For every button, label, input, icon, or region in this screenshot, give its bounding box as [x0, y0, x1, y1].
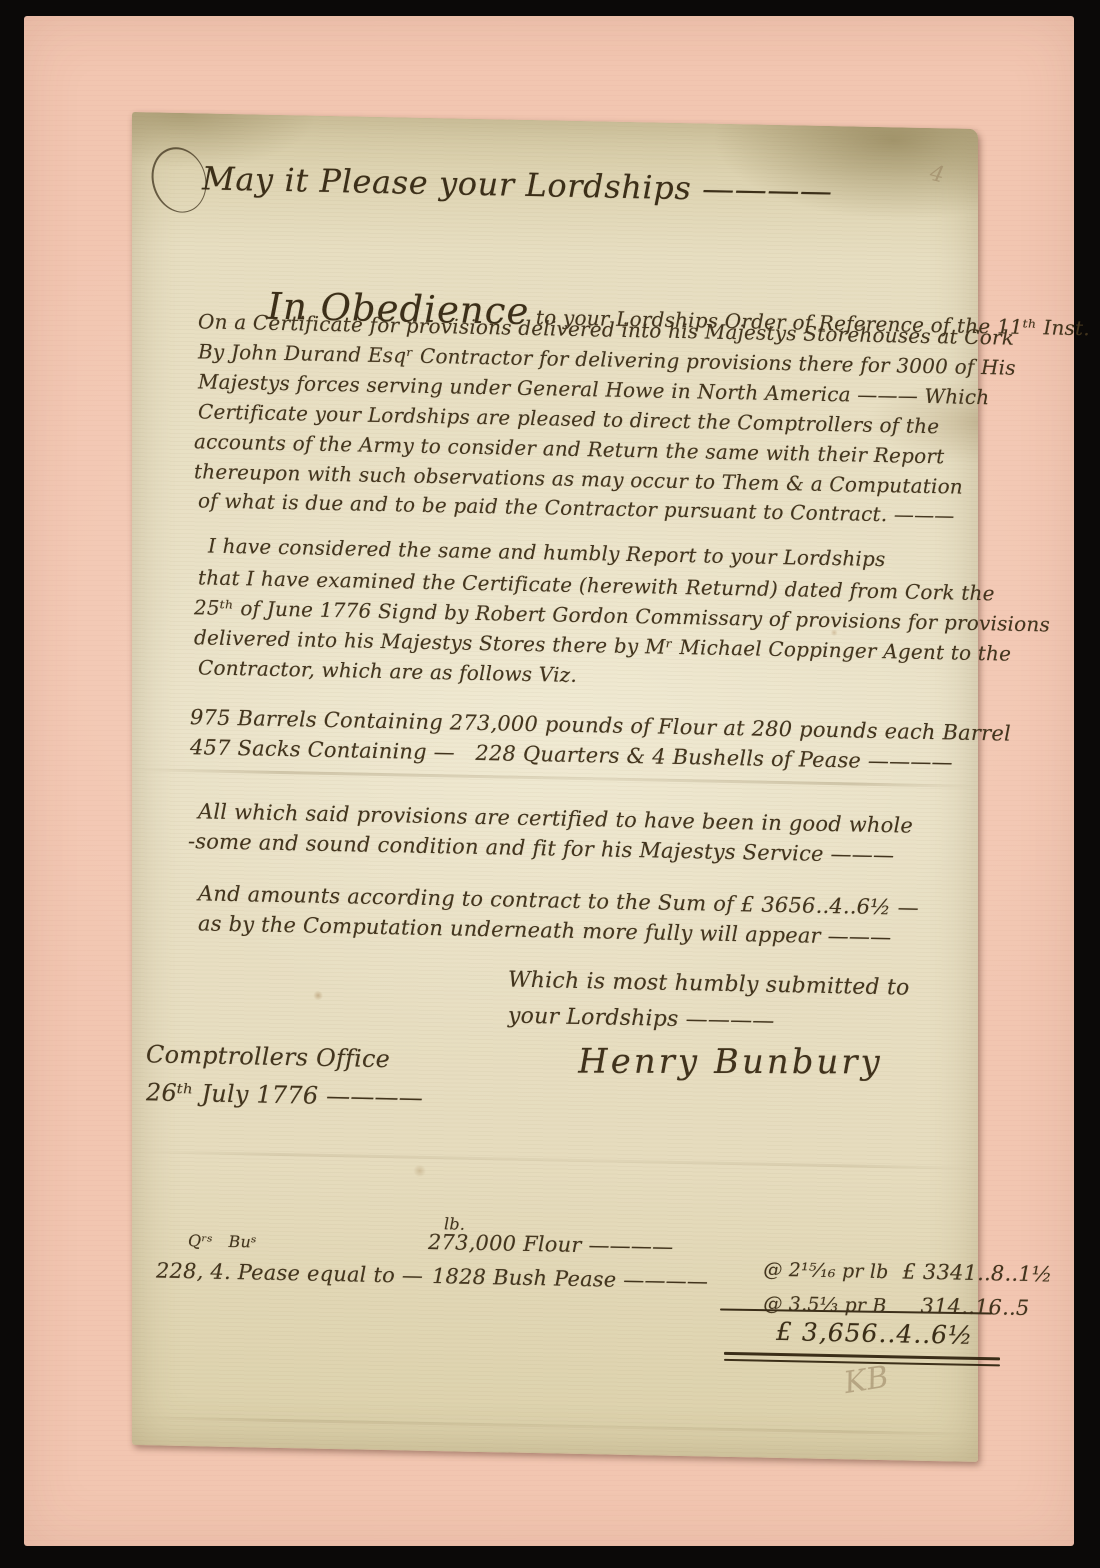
pencil-corner-mark: 4 [928, 161, 947, 189]
pencil-initials: KB [841, 1359, 891, 1400]
computation-row2-amount: 314..16..5 [921, 1294, 1030, 1320]
closing-line: Which is most humbly submitted to [508, 968, 910, 1001]
paper-crease [132, 1416, 978, 1436]
signature-henry-bunbury: Henry Bunbury [578, 1042, 883, 1083]
salutation-line: May it Please your Lordships ———— [202, 159, 833, 210]
computation-row2-qty: 1828 Bush Pease ———— [432, 1264, 708, 1294]
manuscript-page: 4 May it Please your Lordships ———— In O… [132, 112, 978, 1462]
computation-row2-label: 228, 4. Pease equal to — [156, 1258, 423, 1287]
computation-row1-qty: 273,000 Flour ———— [428, 1230, 673, 1259]
closing-line: your Lordships ———— [508, 1004, 774, 1034]
date-line: 26ᵗʰ July 1776 ———— [146, 1078, 423, 1112]
computation-header-left: Qʳˢ Buˢ [188, 1231, 257, 1251]
handwritten-line: Contractor, which are as follows Viz. [198, 655, 577, 687]
photo-canvas: 4 May it Please your Lordships ———— In O… [0, 0, 1100, 1568]
computation-row2-rate: @ 3.5⅓ pr B [763, 1293, 886, 1317]
paper-crease [132, 1150, 978, 1170]
computation-total: £ 3,656..4..6½ [776, 1317, 973, 1350]
handwritten-line: I have considered the same and humbly Re… [208, 534, 886, 572]
office-line: Comptrollers Office [146, 1040, 390, 1073]
